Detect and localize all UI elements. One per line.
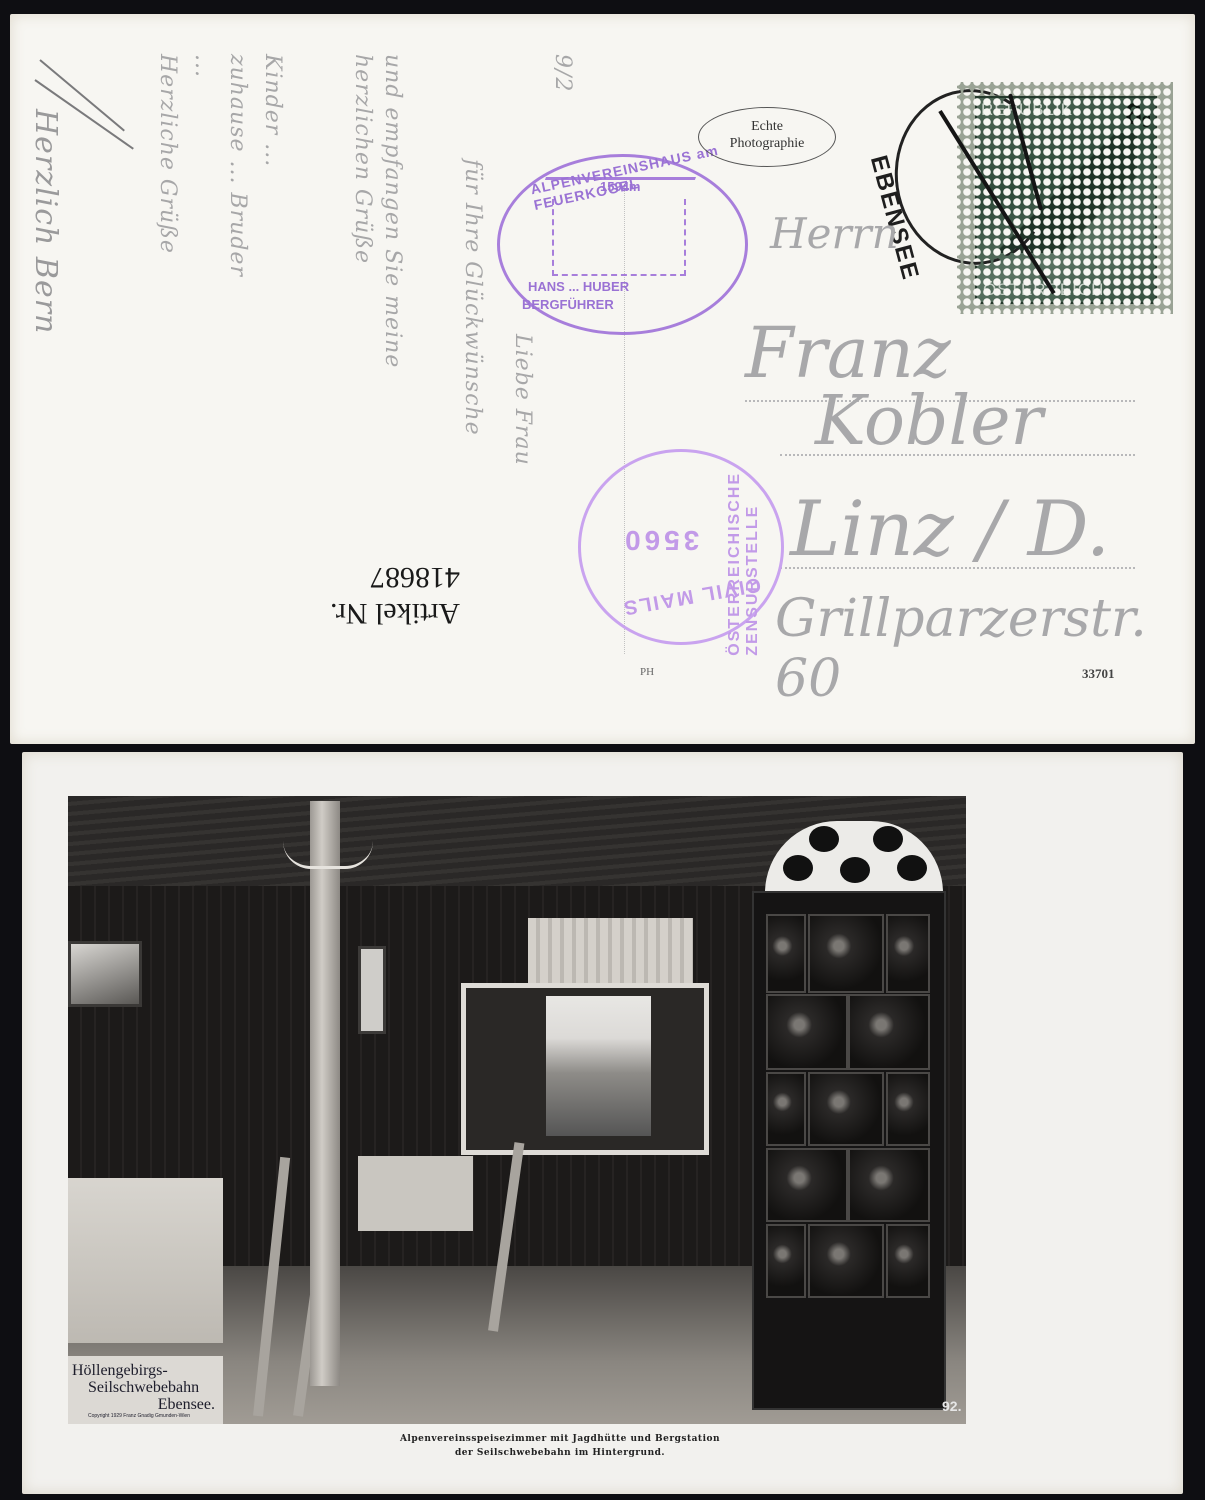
- stove-hole: [783, 855, 813, 881]
- postage-stamp: REPUBLIK 6g ÖSTERREICH: [957, 82, 1173, 314]
- hut-stamp: ALPENVEREINSHAUS am FEUERKOGEL 1594m HAN…: [497, 154, 748, 335]
- inset-caption-line1: Höllengebirgs-: [72, 1362, 219, 1379]
- printer-mark: PH: [640, 666, 654, 678]
- postcard-back: Herzlich Bern 9/2 für Ihre Glückwünsche …: [10, 14, 1195, 744]
- inset-caption-line2: Seilschwebebahn: [72, 1379, 219, 1396]
- stamp-country-bottom: ÖSTERREICH: [983, 280, 1104, 300]
- address-city: Linz / D.: [790, 484, 1110, 573]
- window-view-station: [546, 996, 651, 1136]
- address-line: [780, 567, 1135, 569]
- stove-tile: [808, 1072, 884, 1146]
- photo-caption: Alpenvereinsspeisezimmer mit Jagdhütte u…: [370, 1432, 750, 1460]
- stove-tile: [766, 1224, 806, 1298]
- inset-caption: Höllengebirgs- Seilschwebebahn Ebensee. …: [68, 1356, 223, 1424]
- message-line: herzlichen Grüße: [350, 54, 375, 264]
- echte-photographie-oval: Echte Photographie: [698, 107, 836, 167]
- stamp-image: REPUBLIK 6g ÖSTERREICH: [975, 96, 1157, 304]
- hut-stamp-altitude: 1594m: [600, 179, 640, 194]
- article-label: Artikel Nr.: [330, 595, 460, 631]
- stove-tile: [766, 994, 848, 1070]
- echte-line2: Photographie: [699, 135, 835, 152]
- article-number-label: Artikel Nr. 418687: [330, 559, 460, 631]
- message-line: Liebe Frau: [510, 334, 535, 466]
- signature: Herzlich Bern: [28, 109, 63, 334]
- censor-number: 3560: [621, 524, 699, 556]
- message-line: und empfangen Sie meine: [380, 54, 405, 368]
- inset-caption-line3: Ebensee.: [72, 1396, 219, 1413]
- stamp-country-top: REPUBLIK: [981, 100, 1073, 120]
- message-line: zuhause ... Bruder: [225, 54, 250, 277]
- card-number: 33701: [1082, 666, 1115, 682]
- address-salutation: Herrn: [770, 209, 899, 258]
- message-line: Kinder ...: [260, 54, 285, 167]
- stove-hole: [809, 826, 839, 852]
- stove-hole: [873, 826, 903, 852]
- stove-hole: [897, 855, 927, 881]
- stove-hole: [840, 857, 870, 883]
- hut-stamp-line2: BERGFÜHRER: [522, 297, 614, 312]
- stove-tile: [848, 994, 930, 1070]
- small-picture: [358, 946, 386, 1034]
- address-line: [780, 454, 1135, 456]
- stove-tile: [886, 1224, 930, 1298]
- stove-tile: [766, 914, 806, 993]
- hut-stamp-house: [552, 199, 686, 276]
- pencil-note: 9/2: [550, 54, 575, 92]
- stamp-value: 6g: [1125, 98, 1151, 132]
- stove-tile: [808, 914, 884, 993]
- window-curtain: [528, 918, 693, 986]
- wall-painting: [68, 941, 142, 1007]
- message-line: für Ihre Glückwünsche: [460, 159, 485, 436]
- stove-tile: [886, 1072, 930, 1146]
- table-middle: [358, 1156, 473, 1231]
- stove-tile: [848, 1148, 930, 1222]
- article-number: 418687: [330, 559, 460, 595]
- message-line: Herzliche Grüße: [155, 54, 180, 254]
- stove-tile: [766, 1148, 848, 1222]
- interior-photograph: Höllengebirgs- Seilschwebebahn Ebensee. …: [68, 796, 966, 1424]
- address-last-name: Kobler: [815, 382, 1043, 461]
- photo-caption-line2: der Seilschwebebahn im Hintergrund.: [370, 1446, 750, 1460]
- stove-tile: [886, 914, 930, 993]
- coat-hooks: [283, 841, 373, 869]
- photo-caption-line1: Alpenvereinsspeisezimmer mit Jagdhütte u…: [370, 1432, 750, 1446]
- table-left: [68, 1178, 223, 1343]
- inset-copyright: Copyright 1929 Franz Gnadig Gmunden-Wien: [72, 1413, 219, 1420]
- stamp-value-unit: g: [1142, 111, 1151, 128]
- echte-line1: Echte: [699, 118, 835, 135]
- hut-stamp-line1: HANS ... HUBER: [528, 279, 629, 294]
- stamp-value-number: 6: [1125, 98, 1142, 131]
- censor-stamp: 3560 CIVIL MAILS ÖSTERREICHISCHE ZENSURS…: [578, 449, 784, 645]
- wooden-post: [310, 801, 340, 1386]
- address-street: Grillparzerstr. 60: [775, 589, 1195, 709]
- censor-side-text: ÖSTERREICHISCHE ZENSURSTELLE: [726, 472, 762, 656]
- photo-number: 92.: [942, 1398, 961, 1414]
- message-line: ...: [190, 54, 215, 78]
- stove-tile: [766, 1072, 806, 1146]
- stove-tile: [808, 1224, 884, 1298]
